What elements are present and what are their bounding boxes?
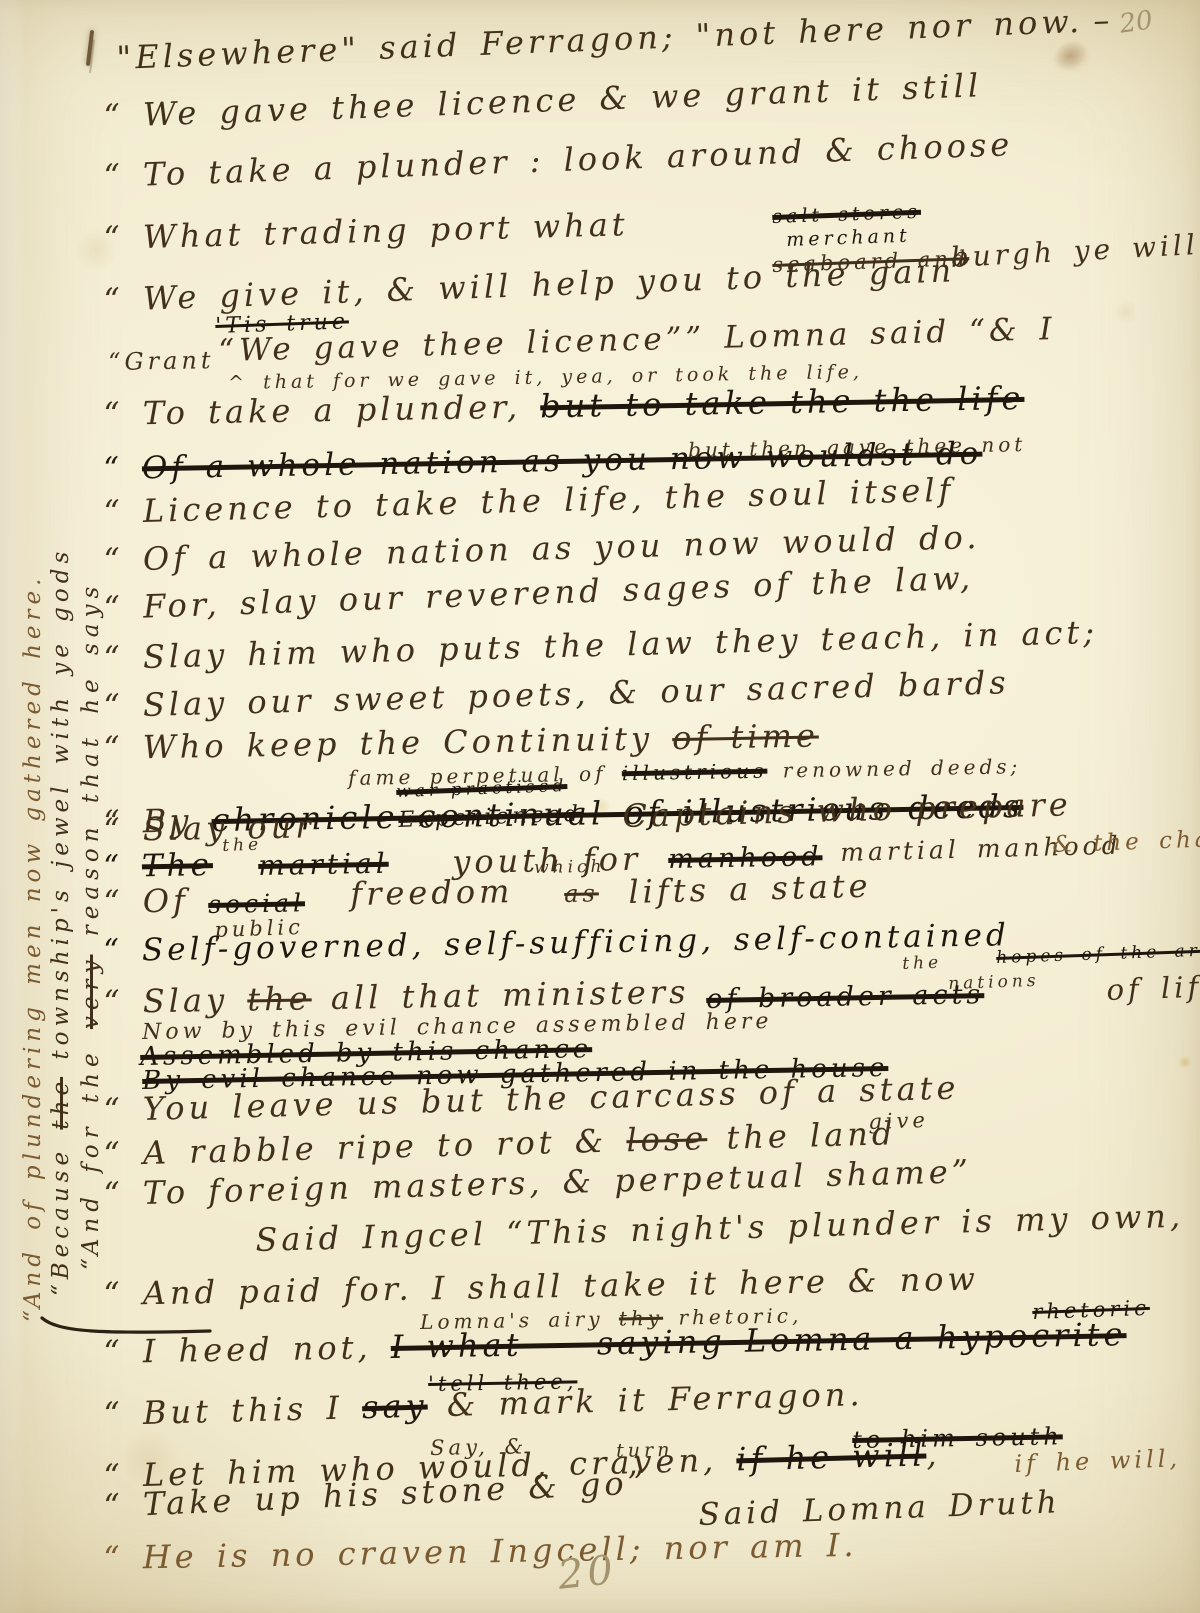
text-run: “ [103, 450, 142, 487]
text-run: township's jewel with ye gods [48, 547, 74, 1077]
text-run: if he will [736, 1435, 927, 1478]
text-run: “Grant [108, 346, 215, 376]
text-run: very [78, 955, 104, 1030]
line-18: “ Of [103, 885, 189, 918]
line-06-margin: “Grant [108, 348, 215, 374]
text-run: “ To take a plunder, [103, 387, 541, 433]
text-run: the [902, 953, 943, 974]
line-18-freedom: freedom [350, 875, 514, 910]
line-18-social: social [208, 890, 305, 917]
margin-note-3: “And of plundering men now gathered here… [22, 574, 45, 1322]
text-run: “And for the [78, 1029, 104, 1270]
margin-note-1: “And for the very reason that he says [80, 581, 103, 1270]
line-16: “ Slay our [103, 810, 315, 846]
line-04-ins-merchant: merchant [786, 227, 911, 250]
line-04-del-above: salt stores [772, 203, 921, 227]
line-18-lifts: lifts a state [628, 870, 872, 908]
text-run: reason that he says [78, 581, 104, 955]
line-29-cont: if he will, [1014, 1446, 1181, 1476]
text-run: if he will, [1014, 1444, 1182, 1478]
text-run: “ But this I [103, 1388, 363, 1433]
line-18-which: which [534, 859, 606, 877]
text-run: “ I heed not, [103, 1328, 391, 1371]
line-20-del-b: of broader acts [706, 981, 984, 1013]
text-run: of life [1106, 969, 1200, 1007]
line-17: “ The [103, 850, 213, 883]
line-20-the: the [902, 955, 942, 973]
text-run: , [926, 1435, 941, 1473]
line-18-as: as [564, 881, 599, 906]
text-run: “ Slay [103, 980, 248, 1021]
text-run: “And of plundering men now gathered here… [20, 574, 46, 1322]
page-number-bottom: 20 [556, 1550, 619, 1596]
page-number-top: 20 [1118, 7, 1154, 37]
text-run: “Because [48, 1130, 74, 1296]
text-run: which [534, 857, 606, 878]
line-17-the: the [222, 837, 262, 855]
manuscript-scan: "Elsewhere" said Ferragon; "not here nor… [0, 0, 1200, 1613]
text-run: of time [672, 717, 819, 758]
text-run: say [362, 1387, 429, 1427]
text-run: “ Of [103, 882, 189, 921]
text-run: the [247, 979, 312, 1018]
text-run: the [222, 835, 263, 856]
text-run: lose [626, 1119, 708, 1159]
text-run: The [142, 847, 214, 884]
text-run: merchant [786, 225, 911, 251]
line-20-life: of life [1106, 972, 1200, 1005]
text-run: “ [103, 848, 142, 885]
margin-note-2: “Because the township's jewel with ye go… [50, 547, 73, 1296]
text-run: lifts a state [628, 867, 872, 911]
text-run: the [48, 1077, 74, 1130]
line-17-charge: & the charge [1052, 827, 1200, 857]
text-run: the land [707, 1114, 897, 1157]
text-run: freedom [350, 872, 514, 913]
text-run: illustrious [622, 759, 768, 786]
text-run: as [564, 879, 599, 908]
text-run: “ Slay our [103, 807, 315, 849]
text-run: renowned deeds; [767, 754, 1021, 782]
